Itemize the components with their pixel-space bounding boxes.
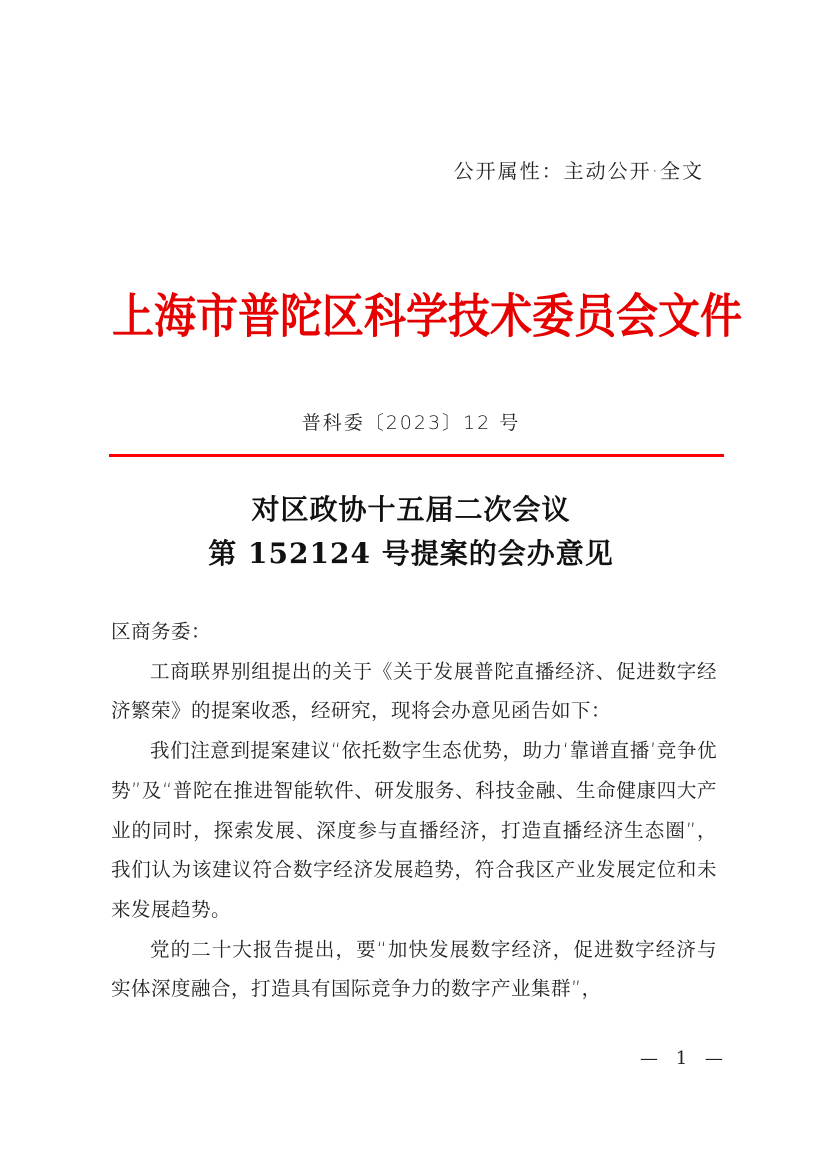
document-number: 普科委〔2023〕12 号	[0, 408, 822, 435]
body-paragraph: 工商联界别组提出的关于《关于发展普陀直播经济、促进数字经济繁荣》的提案收悉，经研…	[111, 652, 717, 731]
body-paragraph: 我们注意到提案建议“依托数字生态优势，助力‘靠谱直播’竞争优势”及“普陀在推进智…	[111, 731, 717, 930]
body-paragraph: 党的二十大报告提出，要“加快发展数字经济，促进数字经济与实体深度融合，打造具有国…	[111, 930, 717, 1009]
issuer-masthead: 上海市普陀区科学技术委员会文件	[112, 280, 722, 347]
salutation: 区商务委：	[111, 612, 717, 652]
document-page: 公开属性：主动公开·全文 上海市普陀区科学技术委员会文件 普科委〔2023〕12…	[0, 0, 822, 1169]
page-number: — 1 —	[640, 1048, 729, 1069]
disclosure-attribute: 公开属性：主动公开·全文	[454, 155, 704, 184]
red-divider-line	[109, 454, 724, 457]
document-body: 区商务委： 工商联界别组提出的关于《关于发展普陀直播经济、促进数字经济繁荣》的提…	[111, 612, 717, 1009]
title-line-2: 第 152124 号提案的会办意见	[0, 532, 822, 576]
document-title: 对区政协十五届二次会议 第 152124 号提案的会办意见	[0, 488, 822, 576]
title-line-1: 对区政协十五届二次会议	[0, 488, 822, 532]
